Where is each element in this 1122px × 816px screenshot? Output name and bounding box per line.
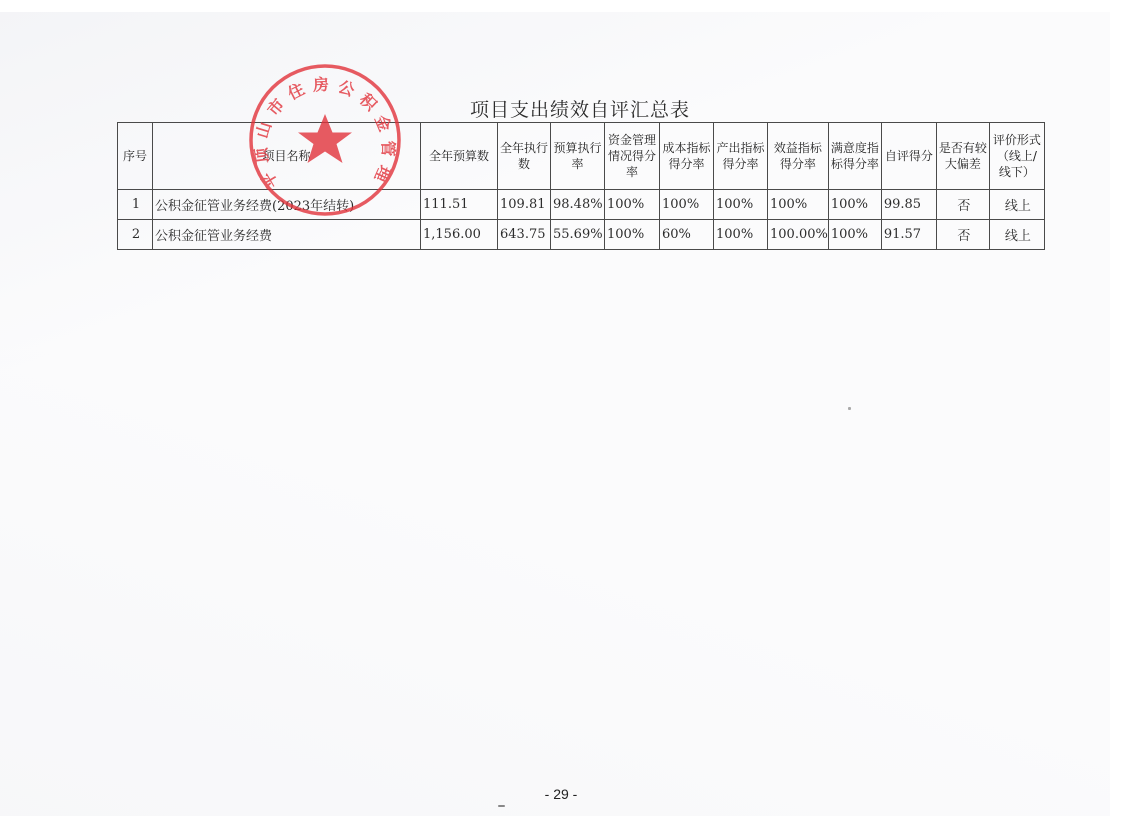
cell-fund-management-rate: 100% <box>605 220 660 250</box>
performance-summary-table: 序号 项目名称 全年预算数 全年执行数 预算执行率 资金管理情况得分率 成本指标… <box>117 122 1045 250</box>
cell-executed: 109.81 <box>498 190 551 220</box>
header-project-name: 项目名称 <box>153 123 421 190</box>
scan-speck <box>848 407 851 410</box>
cell-evaluation-form: 线上 <box>989 220 1044 250</box>
header-evaluation-form: 评价形式（线上/线下） <box>989 123 1044 190</box>
cell-executed: 643.75 <box>498 220 551 250</box>
cell-execution-rate: 55.69% <box>551 220 605 250</box>
header-large-deviation: 是否有较大偏差 <box>936 123 989 190</box>
cell-evaluation-form: 线上 <box>989 190 1044 220</box>
cell-project-name: 公积金征管业务经费 <box>153 220 421 250</box>
header-annual-executed: 全年执行数 <box>498 123 551 190</box>
cell-output-indicator-rate: 100% <box>714 190 768 220</box>
cell-satisfaction-indicator-rate: 100% <box>828 190 881 220</box>
header-output-indicator-rate: 产出指标得分率 <box>714 123 768 190</box>
table-row: 2 公积金征管业务经费 1,156.00 643.75 55.69% 100% … <box>118 220 1045 250</box>
cell-cost-indicator-rate: 60% <box>660 220 714 250</box>
header-self-score: 自评得分 <box>881 123 936 190</box>
cell-project-name: 公积金征管业务经费(2023年结转) <box>153 190 421 220</box>
document-title: 项目支出绩效自评汇总表 <box>440 98 720 122</box>
cell-index: 2 <box>118 220 153 250</box>
cell-index: 1 <box>118 190 153 220</box>
cell-large-deviation: 否 <box>936 220 989 250</box>
header-cost-indicator-rate: 成本指标得分率 <box>660 123 714 190</box>
cell-self-score: 91.57 <box>881 220 936 250</box>
table-row: 1 公积金征管业务经费(2023年结转) 111.51 109.81 98.48… <box>118 190 1045 220</box>
cell-benefit-indicator-rate: 100.00% <box>768 220 829 250</box>
scan-speck <box>498 805 505 807</box>
header-index: 序号 <box>118 123 153 190</box>
header-execution-rate: 预算执行率 <box>551 123 605 190</box>
cell-satisfaction-indicator-rate: 100% <box>828 220 881 250</box>
header-fund-management-rate: 资金管理情况得分率 <box>605 123 660 190</box>
header-satisfaction-indicator-rate: 满意度指标得分率 <box>828 123 881 190</box>
cell-budget: 111.51 <box>421 190 498 220</box>
cell-output-indicator-rate: 100% <box>714 220 768 250</box>
page-number: - 29 - <box>0 786 1122 802</box>
cell-execution-rate: 98.48% <box>551 190 605 220</box>
cell-cost-indicator-rate: 100% <box>660 190 714 220</box>
table-header-row: 序号 项目名称 全年预算数 全年执行数 预算执行率 资金管理情况得分率 成本指标… <box>118 123 1045 190</box>
header-annual-budget: 全年预算数 <box>421 123 498 190</box>
cell-self-score: 99.85 <box>881 190 936 220</box>
header-benefit-indicator-rate: 效益指标得分率 <box>768 123 829 190</box>
cell-fund-management-rate: 100% <box>605 190 660 220</box>
cell-large-deviation: 否 <box>936 190 989 220</box>
cell-budget: 1,156.00 <box>421 220 498 250</box>
cell-benefit-indicator-rate: 100% <box>768 190 829 220</box>
